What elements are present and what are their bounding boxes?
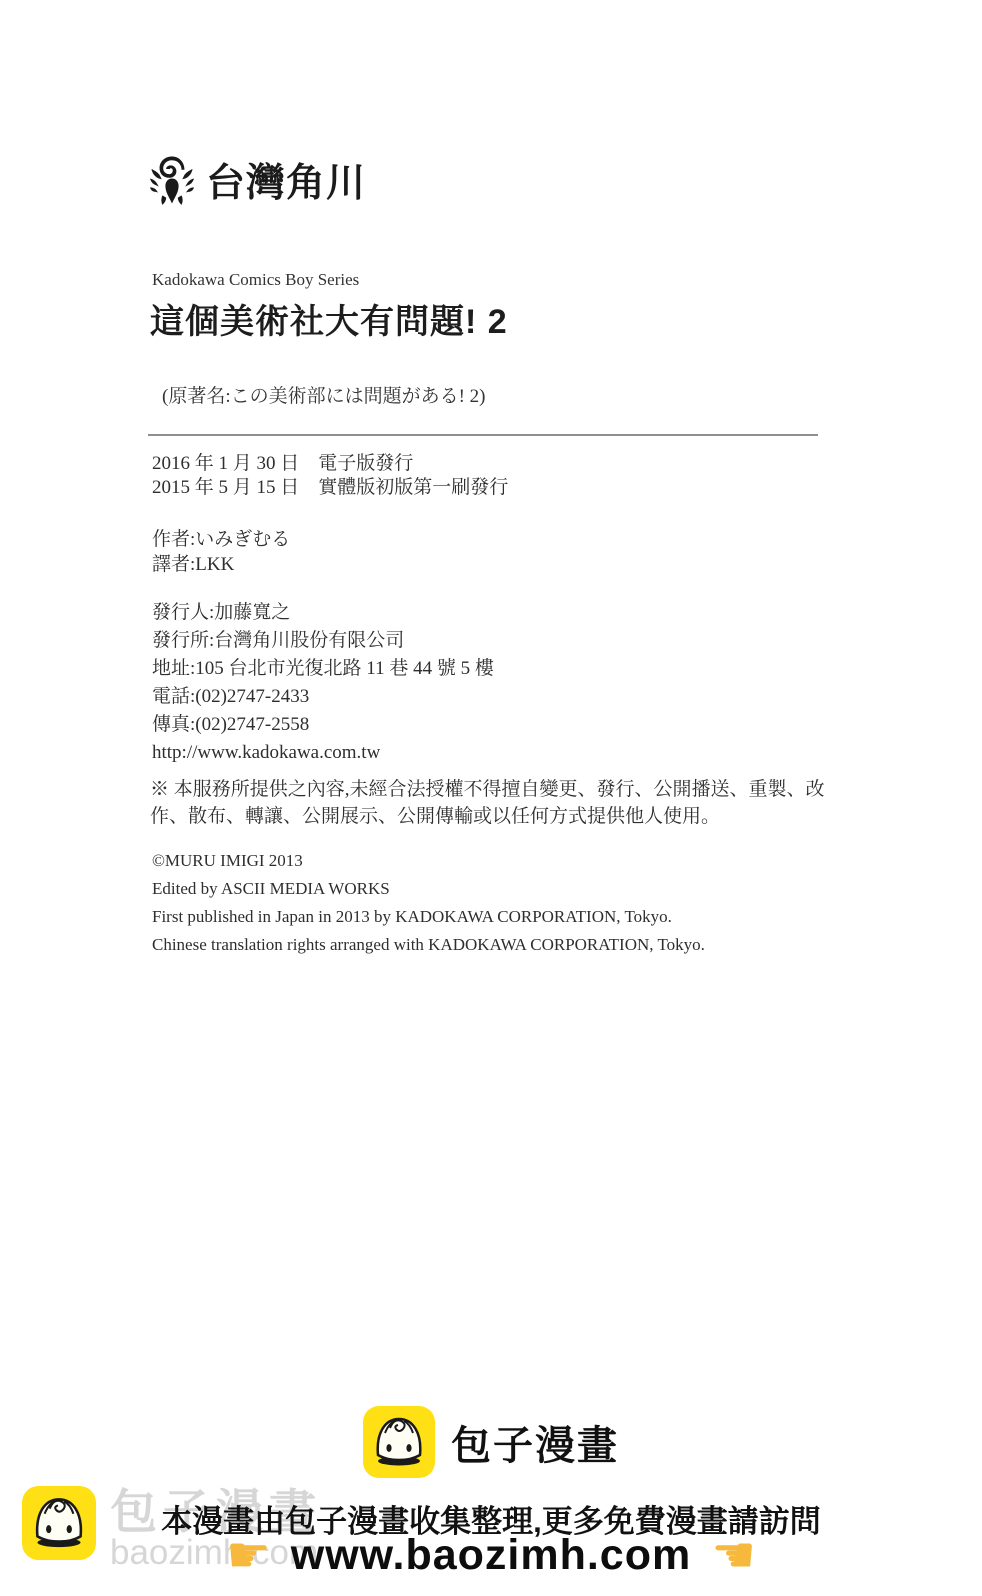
translator-line: 譯者:LKK <box>152 552 290 577</box>
phoenix-icon <box>150 153 194 207</box>
issuer-line: 發行人:加藤寬之 <box>152 599 494 627</box>
copyright-line: Chinese translation rights arranged with… <box>152 931 705 959</box>
edition-line: 2015 年 5 月 15 日 實體版初版第一刷發行 <box>152 476 508 500</box>
copyright-line: Edited by ASCII MEDIA WORKS <box>152 875 705 903</box>
edition-dates: 2016 年 1 月 30 日 電子版發行 2015 年 5 月 15 日 實體… <box>152 452 508 500</box>
point-left-icon: ☚ <box>711 1530 756 1580</box>
copyright-line: ©MURU IMIGI 2013 <box>152 847 705 875</box>
legal-notice: ※ 本服務所提供之內容,未經合法授權不得擅自變更、發行、公開播送、重製、改作、散… <box>150 776 856 830</box>
series-label: Kadokawa Comics Boy Series <box>152 270 359 290</box>
baozi-icon <box>363 1406 435 1478</box>
baozi-brand-row: 包子漫畫 <box>0 1406 982 1478</box>
point-right-icon: ☛ <box>226 1530 271 1580</box>
edition-line: 2016 年 1 月 30 日 電子版發行 <box>152 452 508 476</box>
copyright-block: ©MURU IMIGI 2013 Edited by ASCII MEDIA W… <box>152 847 705 959</box>
book-title: 這個美術社大有問題! 2 <box>150 294 508 343</box>
publishing-info: 發行人:加藤寬之 發行所:台灣角川股份有限公司 地址:105 台北市光復北路 1… <box>152 599 494 767</box>
footer-url: www.baozimh.com <box>291 1531 691 1580</box>
copyright-line: First published in Japan in 2013 by KADO… <box>152 903 705 931</box>
credits: 作者:いみぎむる 譯者:LKK <box>152 527 290 577</box>
divider-line <box>148 434 818 436</box>
phone-line: 電話:(02)2747-2433 <box>152 683 494 711</box>
footer-url-row: ☛ www.baozimh.com ☚ <box>0 1530 982 1580</box>
publisher-url: http://www.kadokawa.com.tw <box>152 739 494 767</box>
publisher-line: 發行所:台灣角川股份有限公司 <box>152 627 494 655</box>
baozi-brand-text: 包子漫畫 <box>451 1414 619 1471</box>
original-title: (原著名:この美術部には問題がある! 2) <box>162 381 486 408</box>
author-line: 作者:いみぎむる <box>152 527 290 552</box>
fax-line: 傳真:(02)2747-2558 <box>152 711 494 739</box>
address-line: 地址:105 台北市光復北路 11 巷 44 號 5 樓 <box>152 655 494 683</box>
publisher-logo-text: 台灣角川 <box>206 152 366 208</box>
publisher-logo: 台灣角川 <box>150 152 366 208</box>
